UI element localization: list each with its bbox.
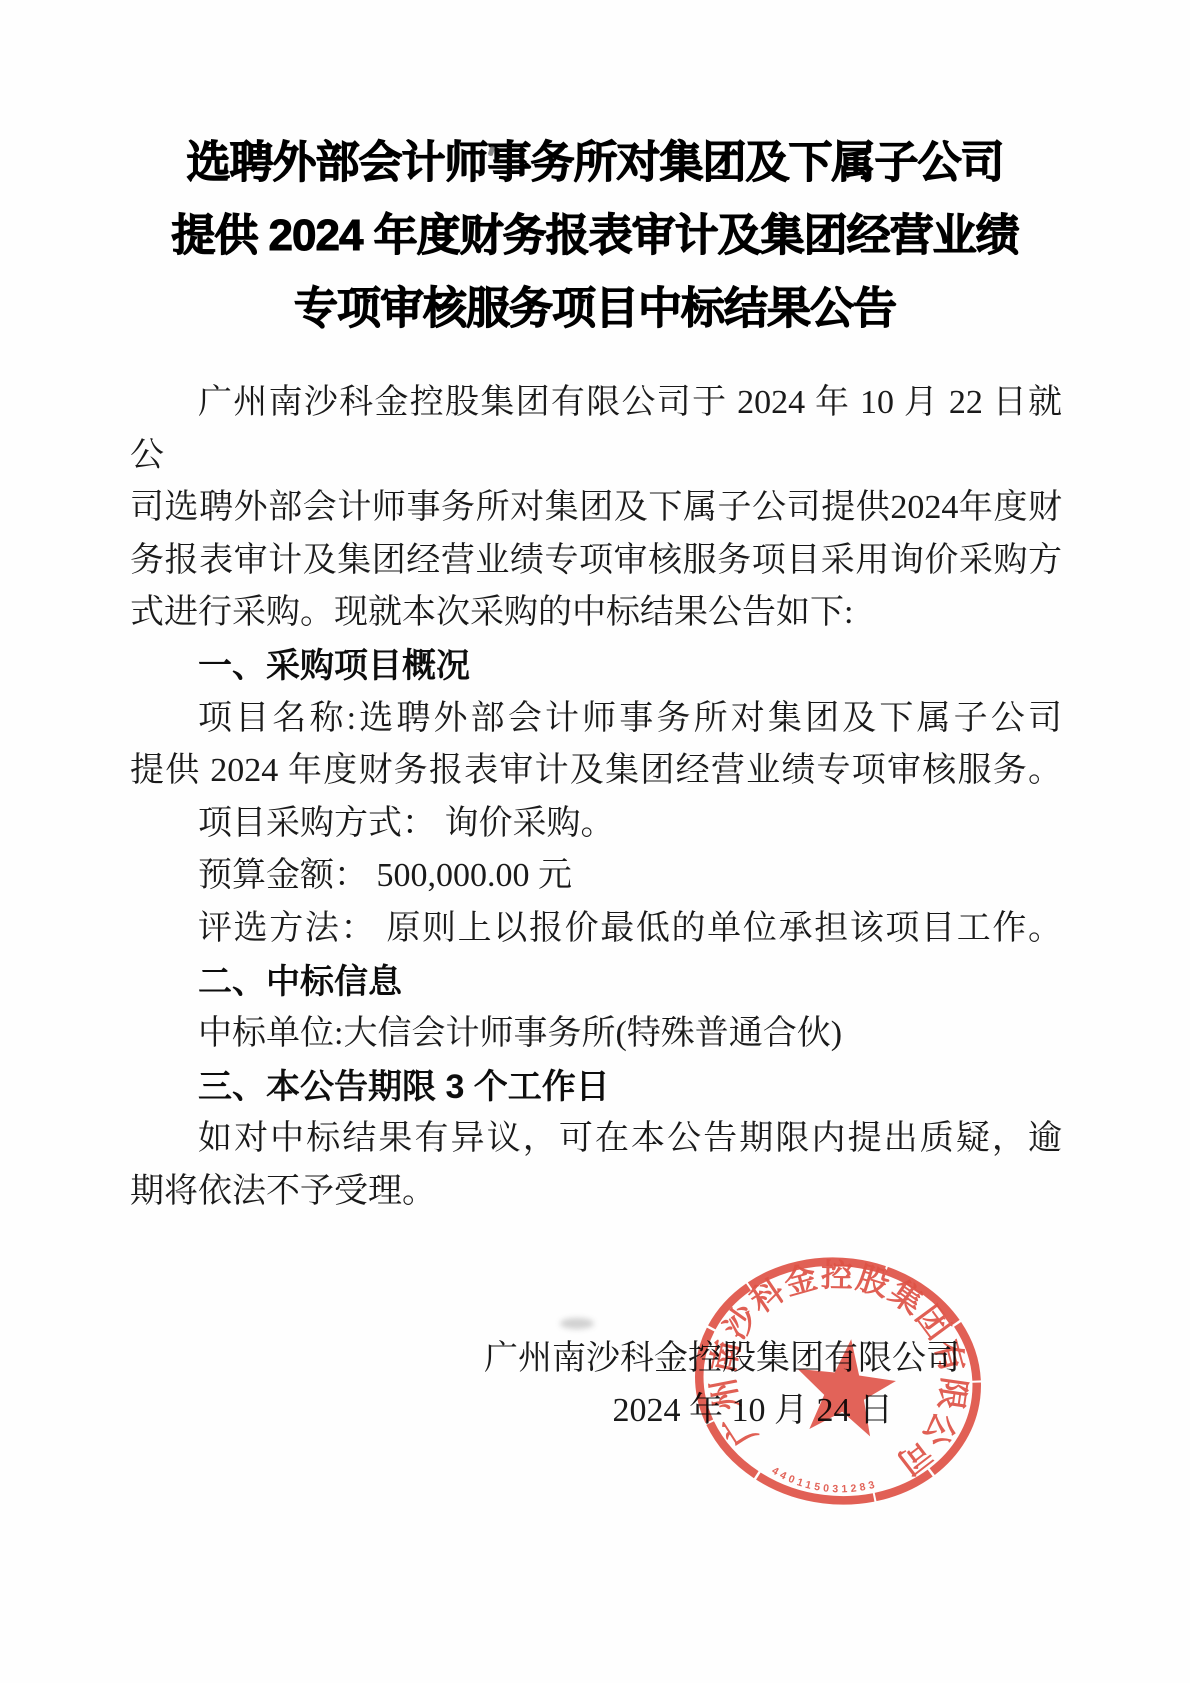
section-heading-2: 二、中标信息 — [130, 956, 1062, 1009]
title-line-1: 选聘外部会计师事务所对集团及下属子公司 — [0, 126, 1190, 199]
signature-date: 2024 年 10 月 24 日 — [130, 1385, 1062, 1438]
winning-bidder: 中标单位:大信会计师事务所(特殊普通合伙) — [130, 1008, 1062, 1061]
project-name-line: 项目名称:选聘外部会计师事务所对集团及下属子公司 — [130, 693, 1062, 746]
title-line-3: 专项审核服务项目中标结果公告 — [0, 272, 1190, 345]
closing-paragraph-line: 期将依法不予受理。 — [130, 1166, 1062, 1219]
intro-paragraph-line: 广州南沙科金控股集团有限公司于 2024 年 10 月 22 日就公 — [130, 377, 1062, 482]
section-heading-1: 一、采购项目概况 — [130, 640, 1062, 693]
closing-paragraph-line: 如对中标结果有异议，可在本公告期限内提出质疑，逾 — [130, 1113, 1062, 1166]
intro-paragraph-line: 务报表审计及集团经营业绩专项审核服务项目采用询价采购方 — [130, 535, 1062, 588]
document-body: 广州南沙科金控股集团有限公司于 2024 年 10 月 22 日就公 司选聘外部… — [130, 377, 1062, 1438]
budget-amount: 预算金额： 500,000.00 元 — [130, 850, 1062, 903]
section-heading-3: 三、本公告期限 3 个工作日 — [130, 1061, 1062, 1114]
document-title: 选聘外部会计师事务所对集团及下属子公司 提供 2024 年度财务报表审计及集团经… — [0, 0, 1190, 345]
announcement-page: 选聘外部会计师事务所对集团及下属子公司 提供 2024 年度财务报表审计及集团经… — [0, 0, 1190, 1683]
signature-block: 广州南沙科金控股集团有限公司 2024 年 10 月 24 日 — [130, 1333, 1062, 1438]
project-name-line: 提供 2024 年度财务报表审计及集团经营业绩专项审核服务。 — [130, 745, 1062, 798]
procurement-method: 项目采购方式： 询价采购。 — [130, 798, 1062, 851]
signature-company: 广州南沙科金控股集团有限公司 — [130, 1333, 1062, 1386]
intro-paragraph-line: 式进行采购。现就本次采购的中标结果公告如下: — [130, 587, 1062, 640]
evaluation-method: 评选方法： 原则上以报价最低的单位承担该项目工作。 — [130, 903, 1062, 956]
title-line-2: 提供 2024 年度财务报表审计及集团经营业绩 — [0, 199, 1190, 272]
scan-smudge — [560, 1318, 594, 1329]
intro-paragraph-line: 司选聘外部会计师事务所对集团及下属子公司提供2024年度财 — [130, 482, 1062, 535]
